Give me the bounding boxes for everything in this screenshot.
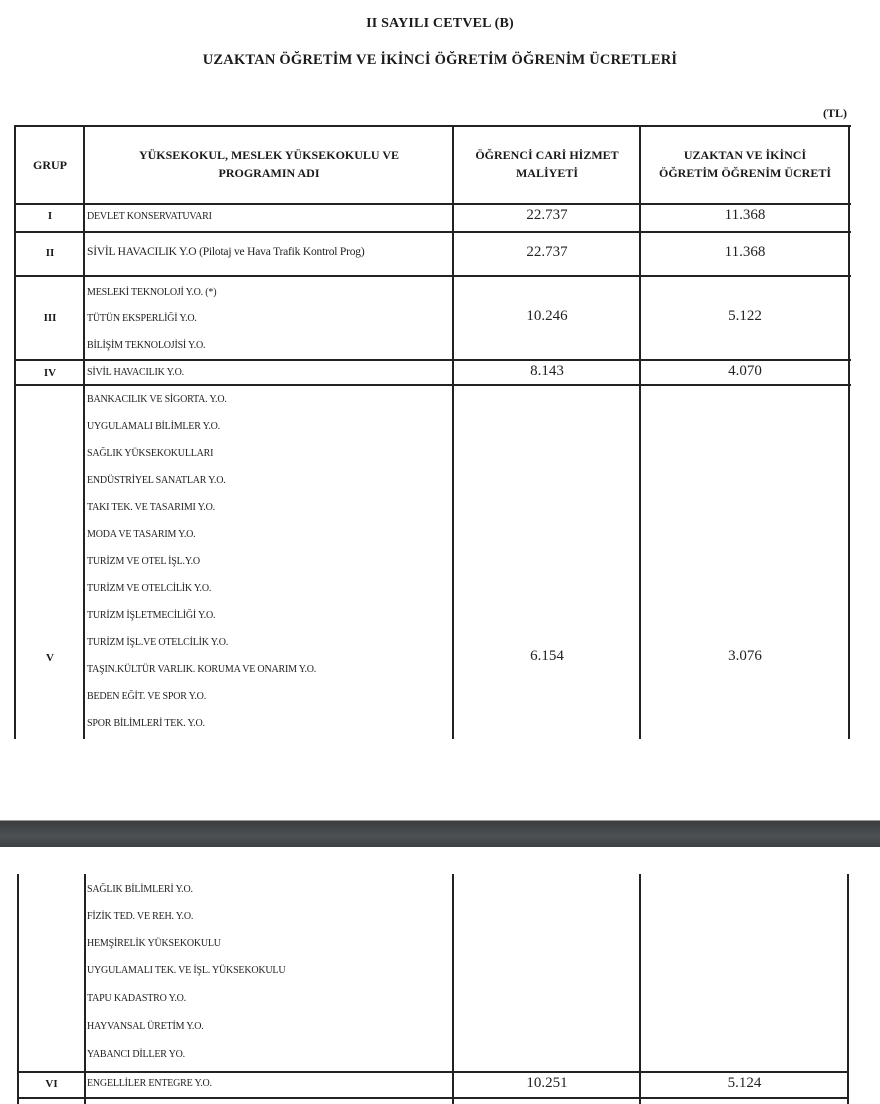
program-name: UYGULAMALI BİLİMLER Y.O. bbox=[87, 421, 220, 432]
program-name: SİVİL HAVACILIK Y.O (Pilotaj ve Hava Tra… bbox=[87, 246, 364, 258]
tuition-fee-value: 5.122 bbox=[641, 308, 849, 325]
header-tuition-fee-line1: UZAKTAN VE İKİNCİ bbox=[641, 146, 849, 164]
header-bottom-rule bbox=[15, 203, 851, 205]
program-name: BEDEN EĞİT. VE SPOR Y.O. bbox=[87, 691, 206, 702]
student-cost-value: 6.154 bbox=[454, 648, 640, 665]
program-name: SAĞLIK YÜKSEKOKULLARI bbox=[87, 448, 213, 459]
row-rule bbox=[15, 359, 851, 361]
tuition-fee-value: 4.070 bbox=[641, 363, 849, 380]
table-border-right bbox=[847, 874, 849, 1104]
header-tuition-fee-line2: ÖĞRETİM ÖĞRENİM ÜCRETİ bbox=[641, 164, 849, 182]
currency-unit-label: (TL) bbox=[823, 106, 847, 121]
program-name: SPOR BİLİMLERİ TEK. Y.O. bbox=[87, 718, 205, 729]
header-group: GRUP bbox=[16, 156, 84, 174]
document-title: II SAYILI CETVEL (B) bbox=[0, 16, 880, 32]
program-name: TURİZM VE OTEL İŞL.Y.O bbox=[87, 556, 200, 567]
header-program-name: YÜKSEKOKUL, MESLEK YÜKSEKOKULU VE PROGRA… bbox=[85, 146, 453, 182]
group-label: VI bbox=[18, 1078, 85, 1090]
document-subtitle: UZAKTAN ÖĞRETİM VE İKİNCİ ÖĞRETİM ÖĞRENİ… bbox=[0, 52, 880, 69]
group-label: V bbox=[16, 652, 84, 664]
column-divider bbox=[639, 874, 641, 1104]
column-divider bbox=[84, 874, 86, 1104]
header-tuition-fee: UZAKTAN VE İKİNCİ ÖĞRETİM ÖĞRENİM ÜCRETİ bbox=[641, 146, 849, 182]
table-border-top bbox=[15, 125, 851, 127]
program-name: DEVLET KONSERVATUVARI bbox=[87, 211, 212, 222]
program-name: TAŞIN.KÜLTÜR VARLIK. KORUMA VE ONARIM Y.… bbox=[87, 664, 316, 675]
student-cost-value: 22.737 bbox=[454, 207, 640, 224]
program-name: UYGULAMALI TEK. VE İŞL. YÜKSEKOKULU bbox=[87, 965, 285, 976]
header-student-cost-line1: ÖĞRENCİ CARİ HİZMET bbox=[454, 146, 640, 164]
program-name: YABANCI DİLLER YO. bbox=[87, 1049, 185, 1060]
row-rule bbox=[15, 384, 851, 386]
program-name: TURİZM İŞL.VE OTELCİLİK Y.O. bbox=[87, 637, 228, 648]
column-divider bbox=[452, 874, 454, 1104]
header-program-name-line1: YÜKSEKOKUL, MESLEK YÜKSEKOKULU VE bbox=[85, 146, 453, 164]
program-name: ENGELLİLER ENTEGRE Y.O. bbox=[87, 1078, 212, 1089]
program-name: TAKI TEK. VE TASARIMI Y.O. bbox=[87, 502, 215, 513]
program-name: HAYVANSAL ÜRETİM Y.O. bbox=[87, 1021, 204, 1032]
program-name: HEMŞİRELİK YÜKSEKOKULU bbox=[87, 938, 221, 949]
header-student-cost-line2: MALİYETİ bbox=[454, 164, 640, 182]
row-rule bbox=[15, 231, 851, 233]
program-name: MODA VE TASARIM Y.O. bbox=[87, 529, 195, 540]
group-label: IV bbox=[16, 367, 84, 379]
student-cost-value: 8.143 bbox=[454, 363, 640, 380]
program-name: MESLEKİ TEKNOLOJİ Y.O. (*) bbox=[87, 287, 216, 298]
program-name: SİVİL HAVACILIK Y.O. bbox=[87, 367, 184, 378]
tuition-fee-value: 11.368 bbox=[641, 207, 849, 224]
program-name: TURİZM İŞLETMECİLİĞİ Y.O. bbox=[87, 610, 215, 621]
group-label: III bbox=[16, 312, 84, 324]
program-name: FİZİK TED. VE REH. Y.O. bbox=[87, 911, 193, 922]
program-name: TAPU KADASTRO Y.O. bbox=[87, 993, 186, 1004]
page-separator-band bbox=[0, 820, 880, 847]
tuition-fee-value: 3.076 bbox=[641, 648, 849, 665]
header-program-name-line2: PROGRAMIN ADI bbox=[85, 164, 453, 182]
table-border-left bbox=[17, 874, 19, 1104]
program-name: SAĞLIK BİLİMLERİ Y.O. bbox=[87, 884, 193, 895]
student-cost-value: 10.246 bbox=[454, 308, 640, 325]
header-student-cost: ÖĞRENCİ CARİ HİZMET MALİYETİ bbox=[454, 146, 640, 182]
program-name: TURİZM VE OTELCİLİK Y.O. bbox=[87, 583, 211, 594]
row-rule bbox=[17, 1097, 849, 1099]
tuition-fee-value: 5.124 bbox=[641, 1075, 848, 1092]
group-label: II bbox=[16, 247, 84, 259]
row-rule bbox=[15, 275, 851, 277]
row-rule bbox=[17, 1071, 849, 1073]
student-cost-value: 22.737 bbox=[454, 244, 640, 261]
group-label: I bbox=[16, 210, 84, 222]
student-cost-value: 10.251 bbox=[454, 1075, 640, 1092]
program-name: BANKACILIK VE SİGORTA. Y.O. bbox=[87, 394, 227, 405]
tuition-fee-value: 11.368 bbox=[641, 244, 849, 261]
program-name: TÜTÜN EKSPERLİĞİ Y.O. bbox=[87, 313, 197, 324]
program-name: ENDÜSTRİYEL SANATLAR Y.O. bbox=[87, 475, 226, 486]
program-name: BİLİŞİM TEKNOLOJİSİ Y.O. bbox=[87, 340, 205, 351]
